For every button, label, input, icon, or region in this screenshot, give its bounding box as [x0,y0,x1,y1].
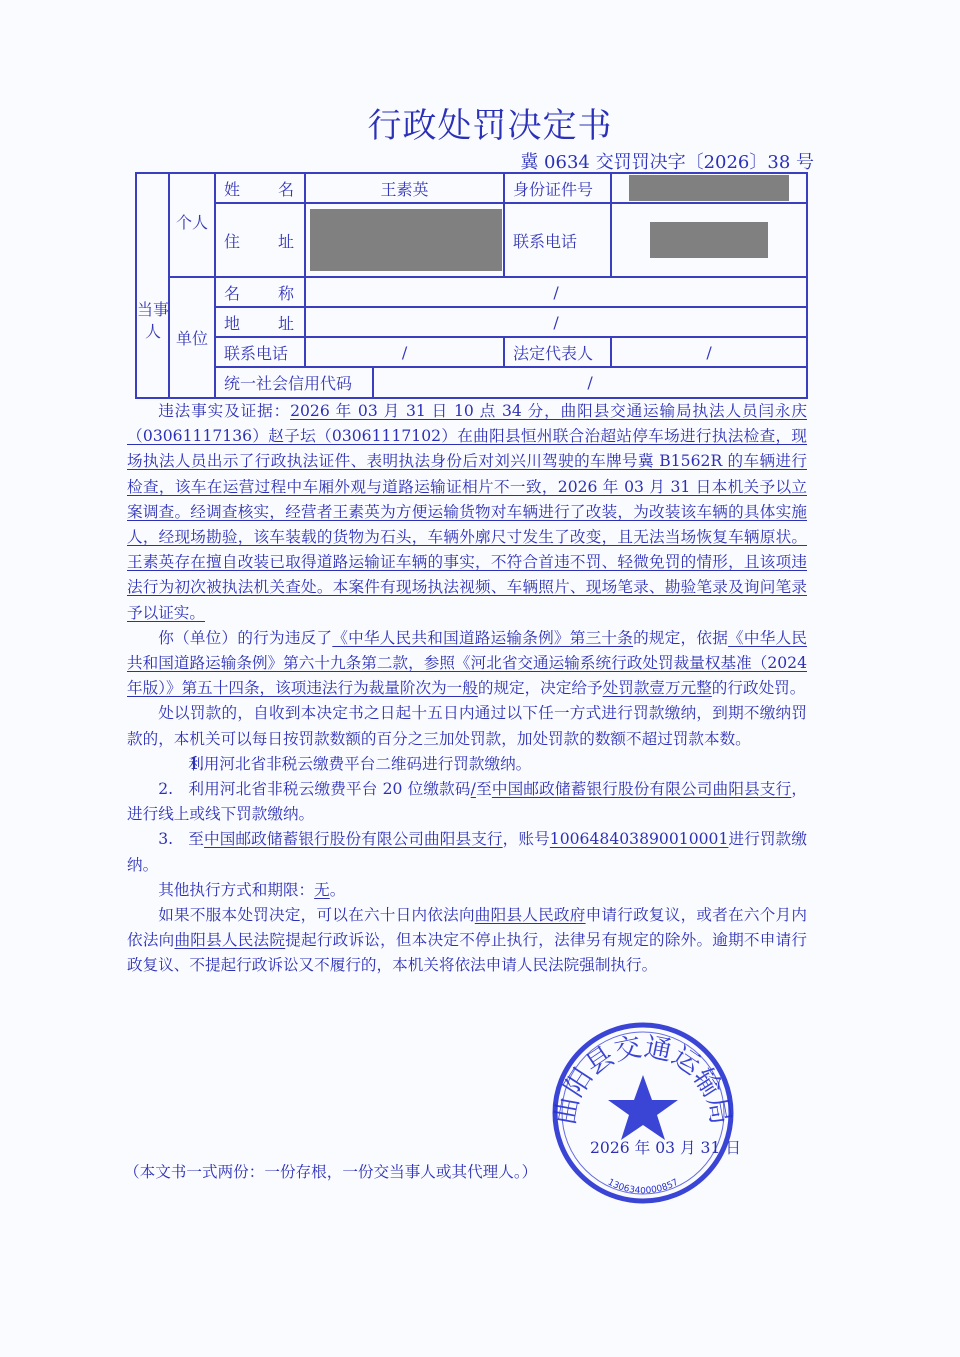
unit-label-cell: 单位 [169,277,215,398]
legal-rep-label-cell: 法定代表人 [504,337,611,367]
document-body: 违法事实及证据：2026 年 03 月 31 日 10 点 34 分，曲阳县交通… [127,399,807,979]
unit-phone-label-cell: 联系电话 [215,337,305,367]
violation-text-3: 的规定，决定给予 [478,679,603,697]
unit-address-label-a: 地 [224,311,240,334]
method-2-text-b: 至 [476,780,492,798]
method-2-text-a: 利用河北省非税云缴费平台 20 位缴款码 [188,780,470,798]
individual-label: 个人 [176,213,208,232]
name-label-a: 姓 [224,177,240,200]
party-info-table: 当事人 个人 姓名 王素英 身份证件号 住址 联系电话 单位 名称 [135,172,808,399]
method-3-bank: 中国邮政储蓄银行股份有限公司曲阳县支行 [204,830,503,848]
unit-phone-label: 联系电话 [224,344,288,363]
individual-phone-label: 联系电话 [513,232,577,251]
payment-method-1: 1.利用河北省非税云缴费平台二维码进行罚款缴纳。 [127,752,807,777]
unit-name-value-cell: / [305,277,807,307]
unit-name-label-cell: 名称 [215,277,305,307]
credit-code-value-cell: / [373,367,807,398]
court: 曲阳县人民法院 [174,931,285,949]
unit-label: 单位 [176,329,208,348]
violation-text-2: 的规定，依据 [633,629,728,647]
document-number: 冀 0634 交罚罚决字〔2026〕38 号 [520,148,814,174]
penalty-decision: 处罚款壹万元整 [603,679,712,697]
review-body: 曲阳县人民政府 [475,906,586,924]
appeal-paragraph: 如果不服本处罚决定，可以在六十日内依法向曲阳县人民政府申请行政复议，或者在六个月… [127,903,807,979]
appeal-text-a: 如果不服本处罚决定，可以在六十日内依法向 [158,906,475,924]
id-label-cell: 身份证件号 [504,173,611,203]
violation-text-4: 的行政处罚。 [712,679,806,697]
phone-label-cell: 联系电话 [504,203,611,277]
other-enforcement-end: 。 [330,881,346,899]
phone-redaction [650,222,768,258]
method-3-text-b: ，账号 [503,830,550,848]
svg-text:1306340000857: 1306340000857 [606,1178,680,1197]
unit-address-value: / [553,313,558,332]
address-label-b: 址 [278,229,294,252]
violation-paragraph: 你（单位）的行为违反了《中华人民共和国道路运输条例》第三十条的规定，依据《中华人… [127,626,807,702]
unit-address-label-cell: 地址 [215,307,305,337]
name-value-cell: 王素英 [305,173,504,203]
other-enforcement: 其他执行方式和期限：无。 [127,878,807,903]
method-3-number: 3. [158,827,188,852]
bank-account-number: 100648403890010001 [550,830,729,848]
violated-law: 《中华人民共和国道路运输条例》第三十条 [332,629,633,647]
other-enforcement-value: 无 [314,881,330,899]
party-label: 当事人 [137,229,169,343]
method-1-number: 1. [158,752,188,777]
payment-intro: 处以罚款的，自收到本决定书之日起十五日内通过以下任一方式进行罚款缴纳，到期不缴纳… [127,701,807,751]
unit-name-value: / [553,283,558,302]
document-title: 行政处罚决定书 [0,98,960,147]
other-enforcement-label: 其他执行方式和期限： [158,881,314,899]
credit-code-value: / [587,373,592,392]
address-label-a: 住 [224,229,240,252]
method-1-text: 利用河北省非税云缴费平台二维码进行罚款缴纳。 [188,755,531,773]
facts-text: 2026 年 03 月 31 日 10 点 34 分，曲阳县交通运输局执法人员闫… [127,402,807,622]
address-redaction [310,209,502,271]
unit-address-label-b: 址 [278,311,294,334]
credit-code-label-cell: 统一社会信用代码 [215,367,373,398]
seal-date: 2026 年 03 月 31 日 [590,1136,741,1158]
unit-name-label-a: 名 [224,281,240,304]
legal-rep-label: 法定代表人 [513,344,593,363]
unit-phone-value: / [402,343,407,362]
footer-note: （本文书一式两份：一份存根，一份交当事人或其代理人。） [124,1160,537,1182]
unit-phone-value-cell: / [305,337,504,367]
individual-label-cell: 个人 [169,173,215,277]
violation-text-1: 你（单位）的行为违反了 [158,629,332,647]
credit-code-label: 统一社会信用代码 [224,374,352,393]
name-label-b: 名 [278,177,294,200]
address-label-cell: 住址 [215,203,305,277]
facts-label: 违法事实及证据： [158,402,290,420]
address-value-cell [305,203,504,277]
method-3-text-a: 至 [188,830,204,848]
payment-method-3: 3.至中国邮政储蓄银行股份有限公司曲阳县支行，账号100648403890010… [127,827,807,877]
method-2-bank: 中国邮政储蓄银行股份有限公司曲阳县支行 [492,780,792,798]
party-label-cell: 当事人 [136,173,169,398]
id-value-cell [611,173,807,203]
id-number-label: 身份证件号 [513,180,593,199]
unit-address-value-cell: / [305,307,807,337]
official-seal-icon: 曲阳县交通运输局 1306340000857 [550,1020,736,1206]
legal-rep-value: / [706,343,711,362]
individual-name-value: 王素英 [381,180,429,199]
payment-method-2: 2.利用河北省非税云缴费平台 20 位缴款码/至中国邮政储蓄银行股份有限公司曲阳… [127,777,807,827]
phone-value-cell [611,203,807,277]
unit-name-label-b: 称 [278,281,294,304]
name-label-cell: 姓名 [215,173,305,203]
facts-paragraph: 违法事实及证据：2026 年 03 月 31 日 10 点 34 分，曲阳县交通… [127,399,807,626]
id-number-redaction [629,175,789,201]
method-2-number: 2. [158,777,188,802]
legal-rep-value-cell: / [611,337,807,367]
